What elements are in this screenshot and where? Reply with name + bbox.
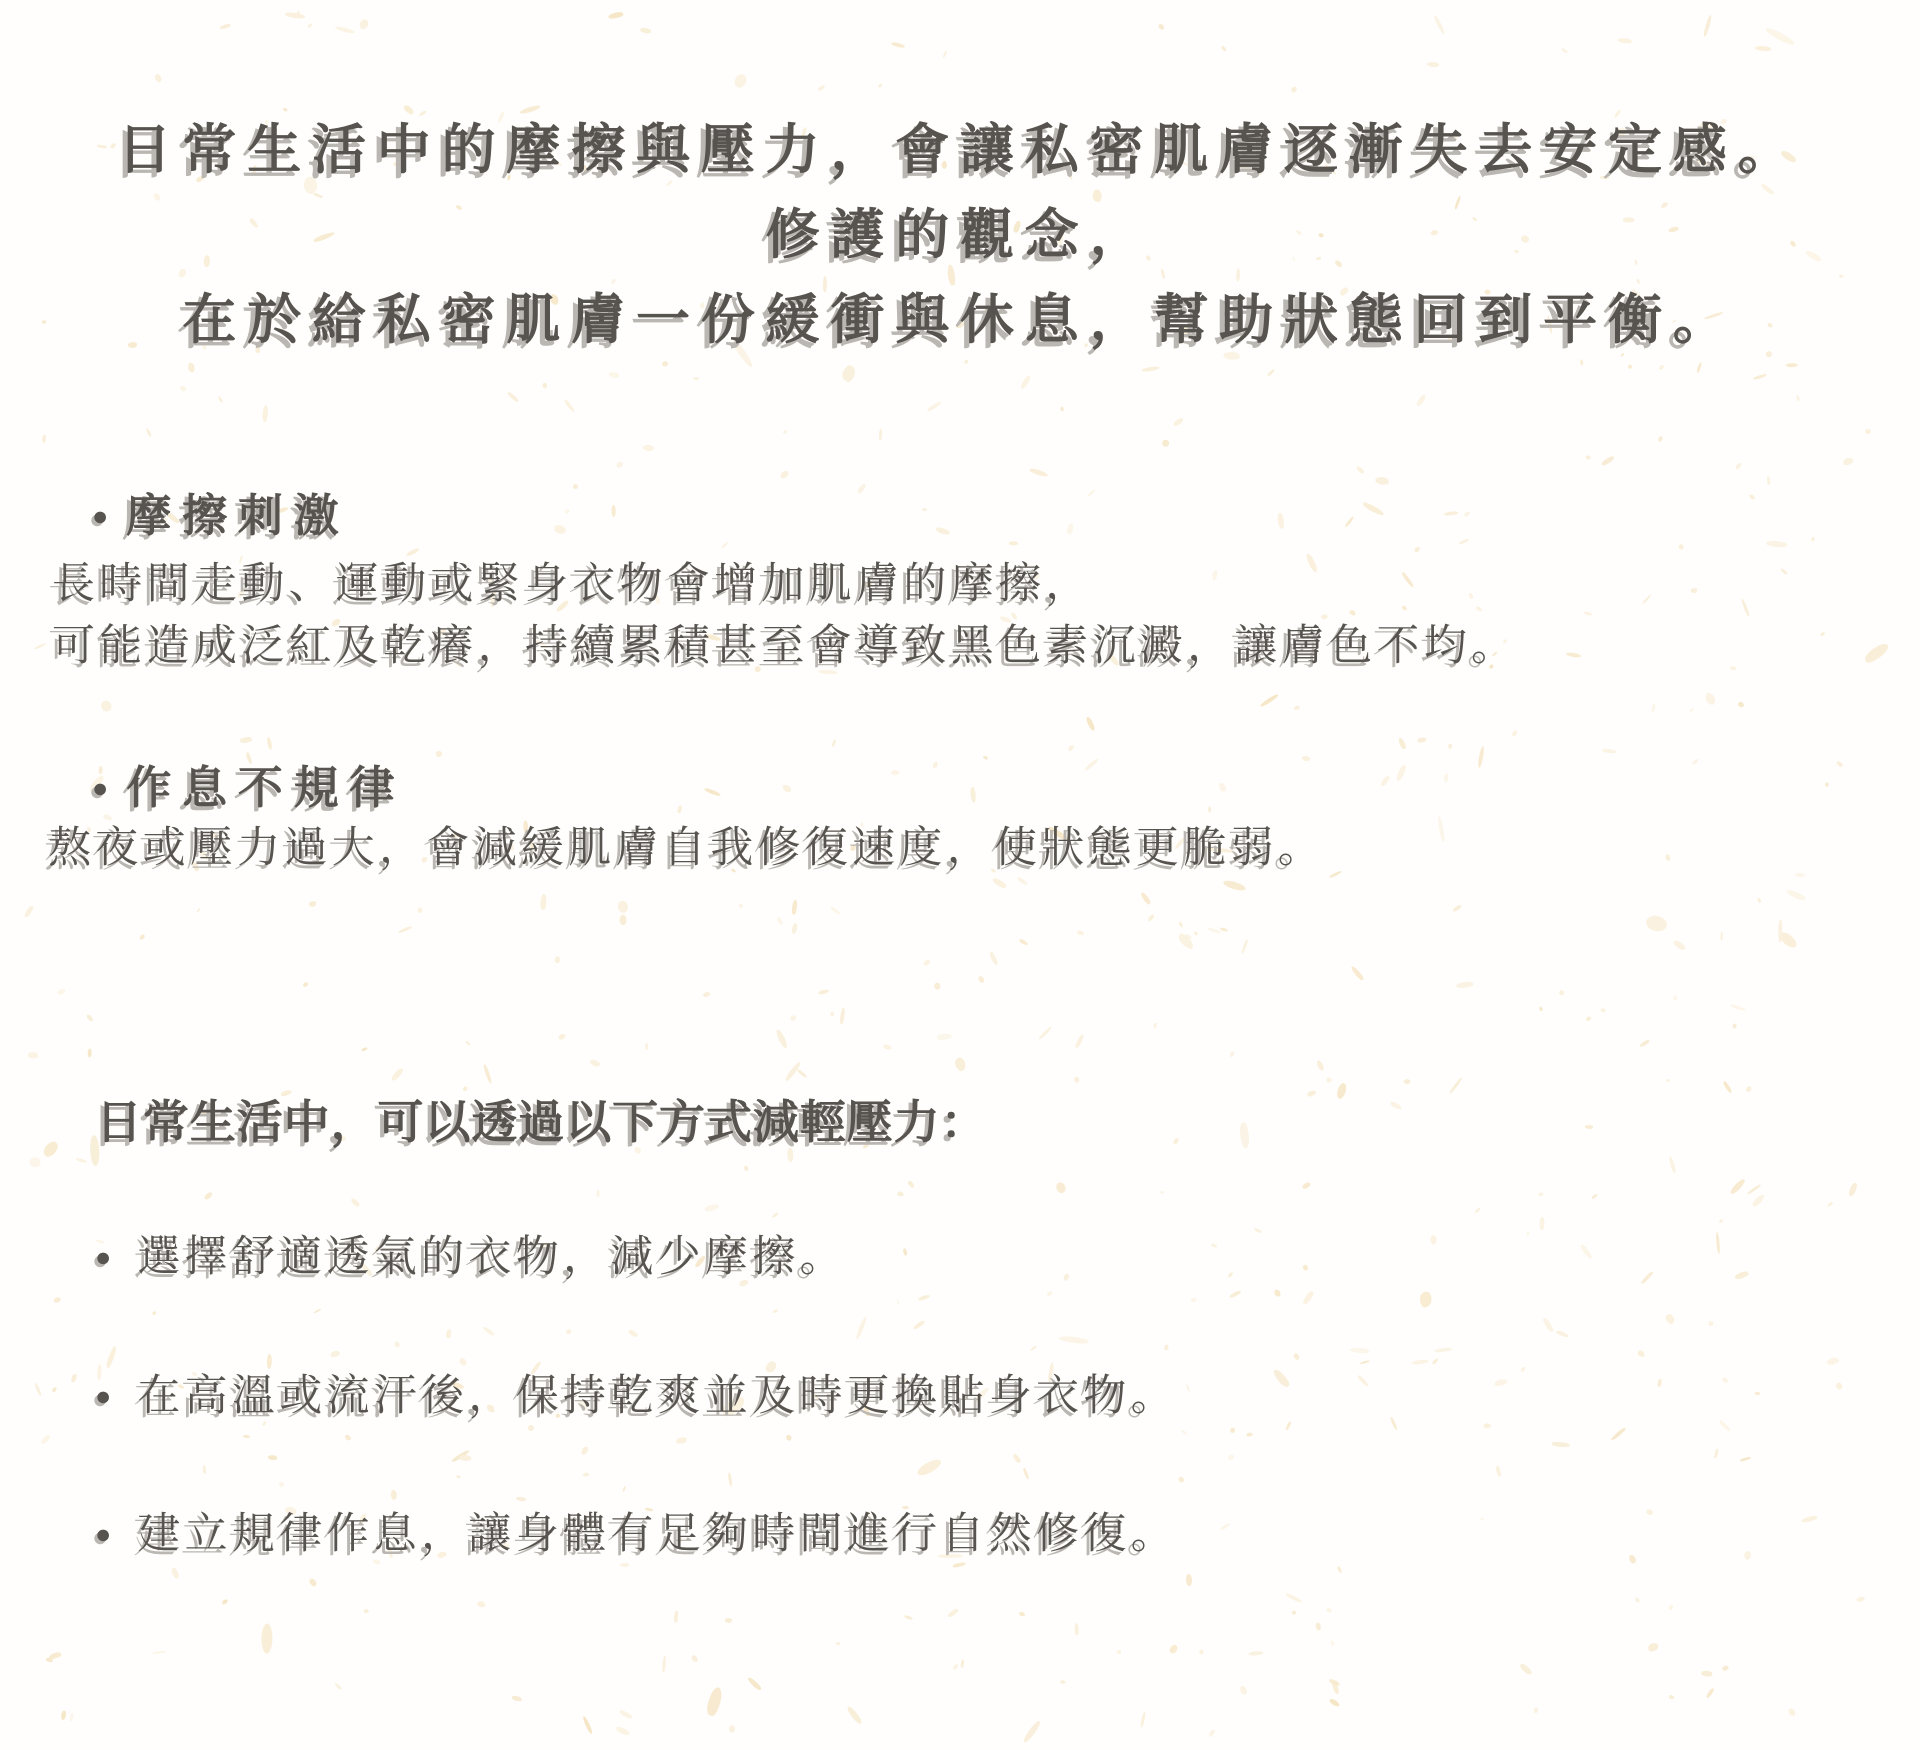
page-content: 日常生活中的摩擦與壓力，會讓私密肌膚逐漸失去安定感。 修護的觀念， 在於給私密肌… — [0, 0, 1920, 1750]
cause-friction-body-line-2: 可能造成泛紅及乾癢，持續累積甚至會導致黑色素沉澱，讓膚色不均。 — [52, 615, 1518, 677]
bullet-dot-icon: ● — [95, 1244, 111, 1271]
tip-item-text: 選擇舒適透氣的衣物，減少摩擦。 — [137, 1226, 847, 1288]
cause-friction-heading: ● 摩擦刺激 — [92, 488, 350, 544]
bullet-dot-icon: ● — [92, 503, 108, 530]
cause-friction-title: 摩擦刺激 — [126, 488, 349, 544]
cause-friction-body-line-1: 長時間走動、運動或緊身衣物會增加肌膚的摩擦， — [52, 553, 1518, 615]
bullet-dot-icon: ● — [95, 1521, 111, 1548]
tip-item-text: 在高溫或流汗後，保持乾爽並及時更換貼身衣物。 — [137, 1365, 1178, 1427]
tips-heading: 日常生活中，可以透過以下方式減輕壓力： — [96, 1091, 987, 1153]
tip-item-text: 建立規律作息，讓身體有足夠時間進行自然修復。 — [137, 1503, 1178, 1565]
intro-header-line-3: 在於給私密肌膚一份緩衝與休息，幫助狀態回到平衡。 — [0, 278, 1920, 363]
cause-irregular-routine-title: 作息不規律 — [126, 760, 405, 816]
bullet-dot-icon: ● — [92, 775, 108, 802]
intro-header-line-1: 日常生活中的摩擦與壓力，會讓私密肌膚逐漸失去安定感。 — [0, 108, 1920, 193]
intro-header-line-2: 修護的觀念， — [0, 193, 1920, 278]
intro-header: 日常生活中的摩擦與壓力，會讓私密肌膚逐漸失去安定感。 修護的觀念， 在於給私密肌… — [0, 108, 1920, 363]
cause-irregular-routine-body-line-1: 熬夜或壓力過大，會減緩肌膚自我修復速度，使狀態更脆弱。 — [48, 817, 1325, 879]
cause-friction-body: 長時間走動、運動或緊身衣物會增加肌膚的摩擦， 可能造成泛紅及乾癢，持續累積甚至會… — [52, 553, 1518, 677]
cause-irregular-routine-body: 熬夜或壓力過大，會減緩肌膚自我修復速度，使狀態更脆弱。 — [48, 817, 1325, 879]
tip-item: ● 建立規律作息，讓身體有足夠時間進行自然修復。 — [95, 1503, 1178, 1565]
tip-item: ● 選擇舒適透氣的衣物，減少摩擦。 — [95, 1226, 847, 1288]
tip-item: ● 在高溫或流汗後，保持乾爽並及時更換貼身衣物。 — [95, 1365, 1178, 1427]
cause-irregular-routine-heading: ● 作息不規律 — [92, 760, 405, 816]
bullet-dot-icon: ● — [95, 1383, 111, 1410]
